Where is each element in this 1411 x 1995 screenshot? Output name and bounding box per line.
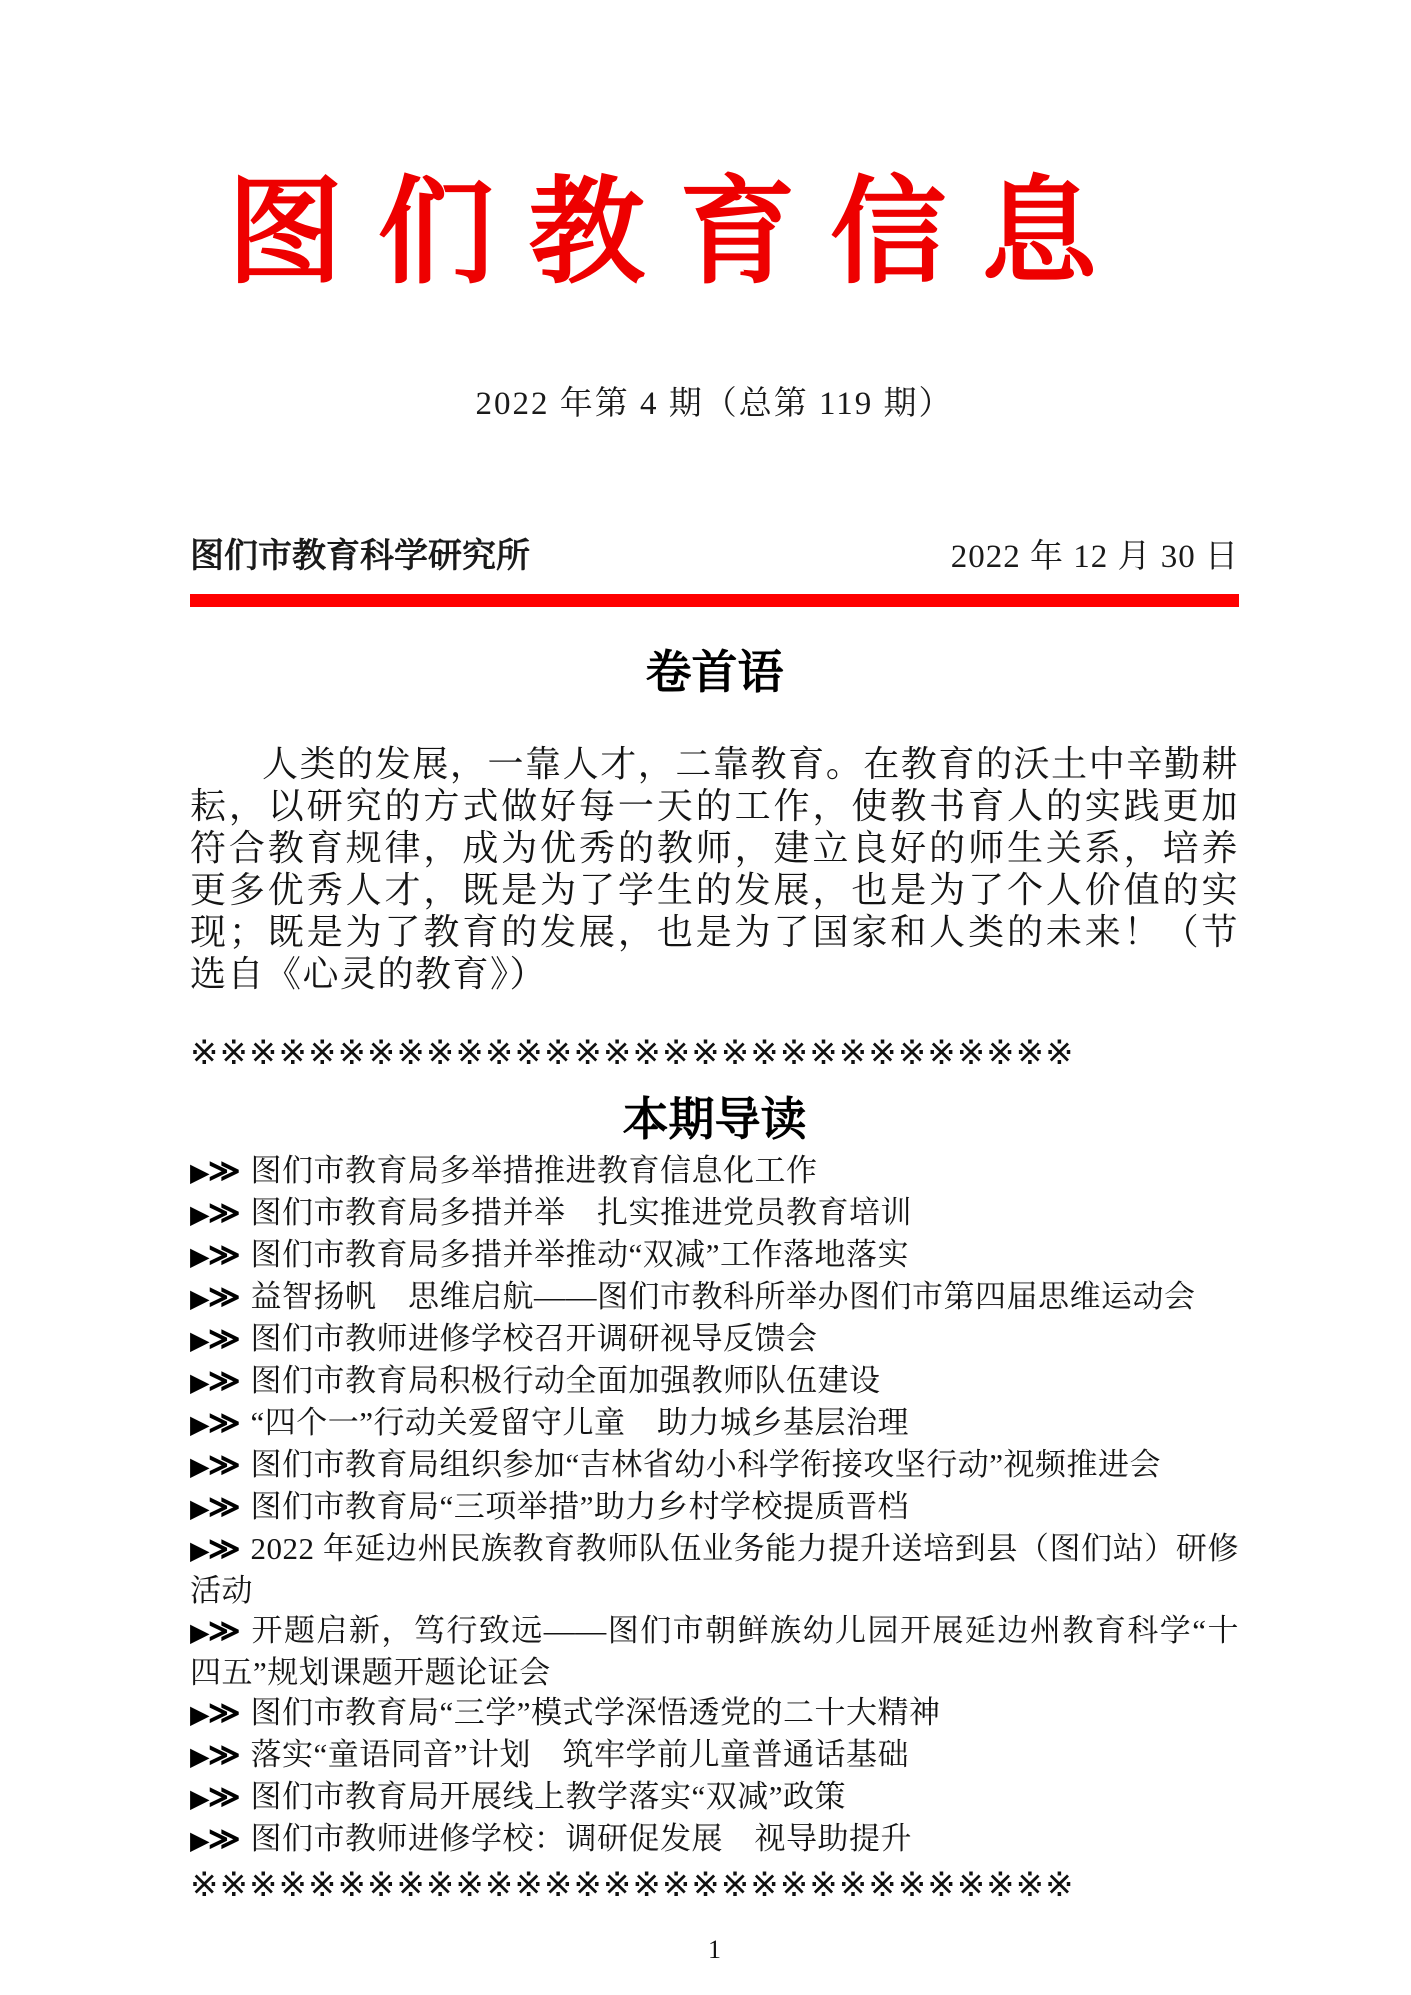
digest-item-text: 图们市教师进修学校：调研促发展 视导助提升: [251, 1821, 913, 1856]
issue-number-line: 2022 年第 4 期（总第 119 期）: [190, 384, 1239, 424]
digest-item: ▶≫“四个一”行动关爱留守儿童 助力城乡基层治理: [190, 1403, 1239, 1445]
digest-item: ▶≫开题启新，笃行致远——图们市朝鲜族幼儿园开展延边州教育科学“十四五”规划课题…: [190, 1611, 1239, 1693]
double-arrow-bullet-icon: ▶≫: [190, 1735, 239, 1777]
asterisk-separator-top: ※※※※※※※※※※※※※※※※※※※※※※※※※※※※※※: [190, 1031, 1239, 1077]
double-arrow-bullet-icon: ▶≫: [190, 1235, 239, 1277]
digest-item: ▶≫图们市教育局“三学”模式学深悟透党的二十大精神: [190, 1693, 1239, 1735]
digest-item: ▶≫落实“童语同音”计划 筑牢学前儿童普通话基础: [190, 1735, 1239, 1777]
digest-item-text: 图们市教育局开展线上教学落实“双减”政策: [251, 1779, 847, 1814]
digest-item-text: 图们市教育局多措并举推动“双减”工作落地落实: [251, 1237, 910, 1272]
digest-item: ▶≫图们市教育局多措并举 扎实推进党员教育培训: [190, 1193, 1239, 1235]
foreword-paragraph: 人类的发展，一靠人才，二靠教育。在教育的沃土中辛勤耕耘，以研究的方式做好每一天的…: [190, 743, 1239, 995]
digest-item-text: 图们市教师进修学校召开调研视导反馈会: [251, 1321, 818, 1356]
double-arrow-bullet-icon: ▶≫: [190, 1403, 239, 1445]
double-arrow-bullet-icon: ▶≫: [190, 1193, 239, 1235]
digest-item-text: 图们市教育局“三学”模式学深悟透党的二十大精神: [251, 1695, 941, 1730]
digest-item-text: 图们市教育局“三项举措”助力乡村学校提质晋档: [251, 1489, 910, 1524]
digest-item: ▶≫图们市教育局“三项举措”助力乡村学校提质晋档: [190, 1487, 1239, 1529]
digest-item-text: 益智扬帆 思维启航——图们市教科所举办图们市第四届思维运动会: [251, 1279, 1196, 1314]
double-arrow-bullet-icon: ▶≫: [190, 1277, 239, 1319]
red-divider-rule: [190, 594, 1239, 607]
digest-item: ▶≫图们市教师进修学校：调研促发展 视导助提升: [190, 1819, 1239, 1861]
digest-item-text: 2022 年延边州民族教育教师队伍业务能力提升送培到县（图们站）研修活动: [190, 1531, 1239, 1608]
publisher-row: 图们市教育科学研究所 2022 年 12 月 30 日: [190, 534, 1239, 579]
double-arrow-bullet-icon: ▶≫: [190, 1693, 239, 1735]
digest-item: ▶≫2022 年延边州民族教育教师队伍业务能力提升送培到县（图们站）研修活动: [190, 1529, 1239, 1611]
digest-item-text: 图们市教育局积极行动全面加强教师队伍建设: [251, 1363, 881, 1398]
page-number: 1: [190, 1935, 1239, 1965]
double-arrow-bullet-icon: ▶≫: [190, 1361, 239, 1403]
digest-heading: 本期导读: [190, 1091, 1239, 1147]
publisher-name: 图们市教育科学研究所: [190, 534, 530, 578]
double-arrow-bullet-icon: ▶≫: [190, 1819, 239, 1861]
digest-item: ▶≫图们市教育局多措并举推动“双减”工作落地落实: [190, 1235, 1239, 1277]
digest-item-text: 图们市教育局多措并举 扎实推进党员教育培训: [251, 1195, 913, 1230]
newsletter-title: 图们教育信息: [190, 158, 1169, 310]
digest-list: ▶≫图们市教育局多举措推进教育信息化工作▶≫图们市教育局多措并举 扎实推进党员教…: [190, 1151, 1239, 1861]
digest-item-text: “四个一”行动关爱留守儿童 助力城乡基层治理: [251, 1405, 910, 1440]
foreword-heading: 卷首语: [190, 643, 1239, 701]
digest-item: ▶≫图们市教育局积极行动全面加强教师队伍建设: [190, 1361, 1239, 1403]
newsletter-page: 图们教育信息 2022 年第 4 期（总第 119 期） 图们市教育科学研究所 …: [0, 0, 1411, 1995]
digest-item: ▶≫益智扬帆 思维启航——图们市教科所举办图们市第四届思维运动会: [190, 1277, 1239, 1319]
double-arrow-bullet-icon: ▶≫: [190, 1529, 239, 1571]
digest-item-text: 图们市教育局组织参加“吉林省幼小科学衔接攻坚行动”视频推进会: [251, 1447, 1162, 1482]
double-arrow-bullet-icon: ▶≫: [190, 1777, 239, 1819]
publication-date: 2022 年 12 月 30 日: [951, 535, 1239, 579]
digest-item-text: 开题启新，笃行致远——图们市朝鲜族幼儿园开展延边州教育科学“十四五”规划课题开题…: [190, 1613, 1239, 1690]
double-arrow-bullet-icon: ▶≫: [190, 1611, 239, 1653]
double-arrow-bullet-icon: ▶≫: [190, 1319, 239, 1361]
digest-item: ▶≫图们市教育局组织参加“吉林省幼小科学衔接攻坚行动”视频推进会: [190, 1445, 1239, 1487]
digest-item: ▶≫图们市教师进修学校召开调研视导反馈会: [190, 1319, 1239, 1361]
digest-item: ▶≫图们市教育局多举措推进教育信息化工作: [190, 1151, 1239, 1193]
double-arrow-bullet-icon: ▶≫: [190, 1487, 239, 1529]
digest-item: ▶≫图们市教育局开展线上教学落实“双减”政策: [190, 1777, 1239, 1819]
digest-item-text: 落实“童语同音”计划 筑牢学前儿童普通话基础: [251, 1737, 910, 1772]
digest-item-text: 图们市教育局多举措推进教育信息化工作: [251, 1153, 818, 1188]
double-arrow-bullet-icon: ▶≫: [190, 1151, 239, 1193]
double-arrow-bullet-icon: ▶≫: [190, 1445, 239, 1487]
asterisk-separator-bottom: ※※※※※※※※※※※※※※※※※※※※※※※※※※※※※※: [190, 1863, 1239, 1909]
